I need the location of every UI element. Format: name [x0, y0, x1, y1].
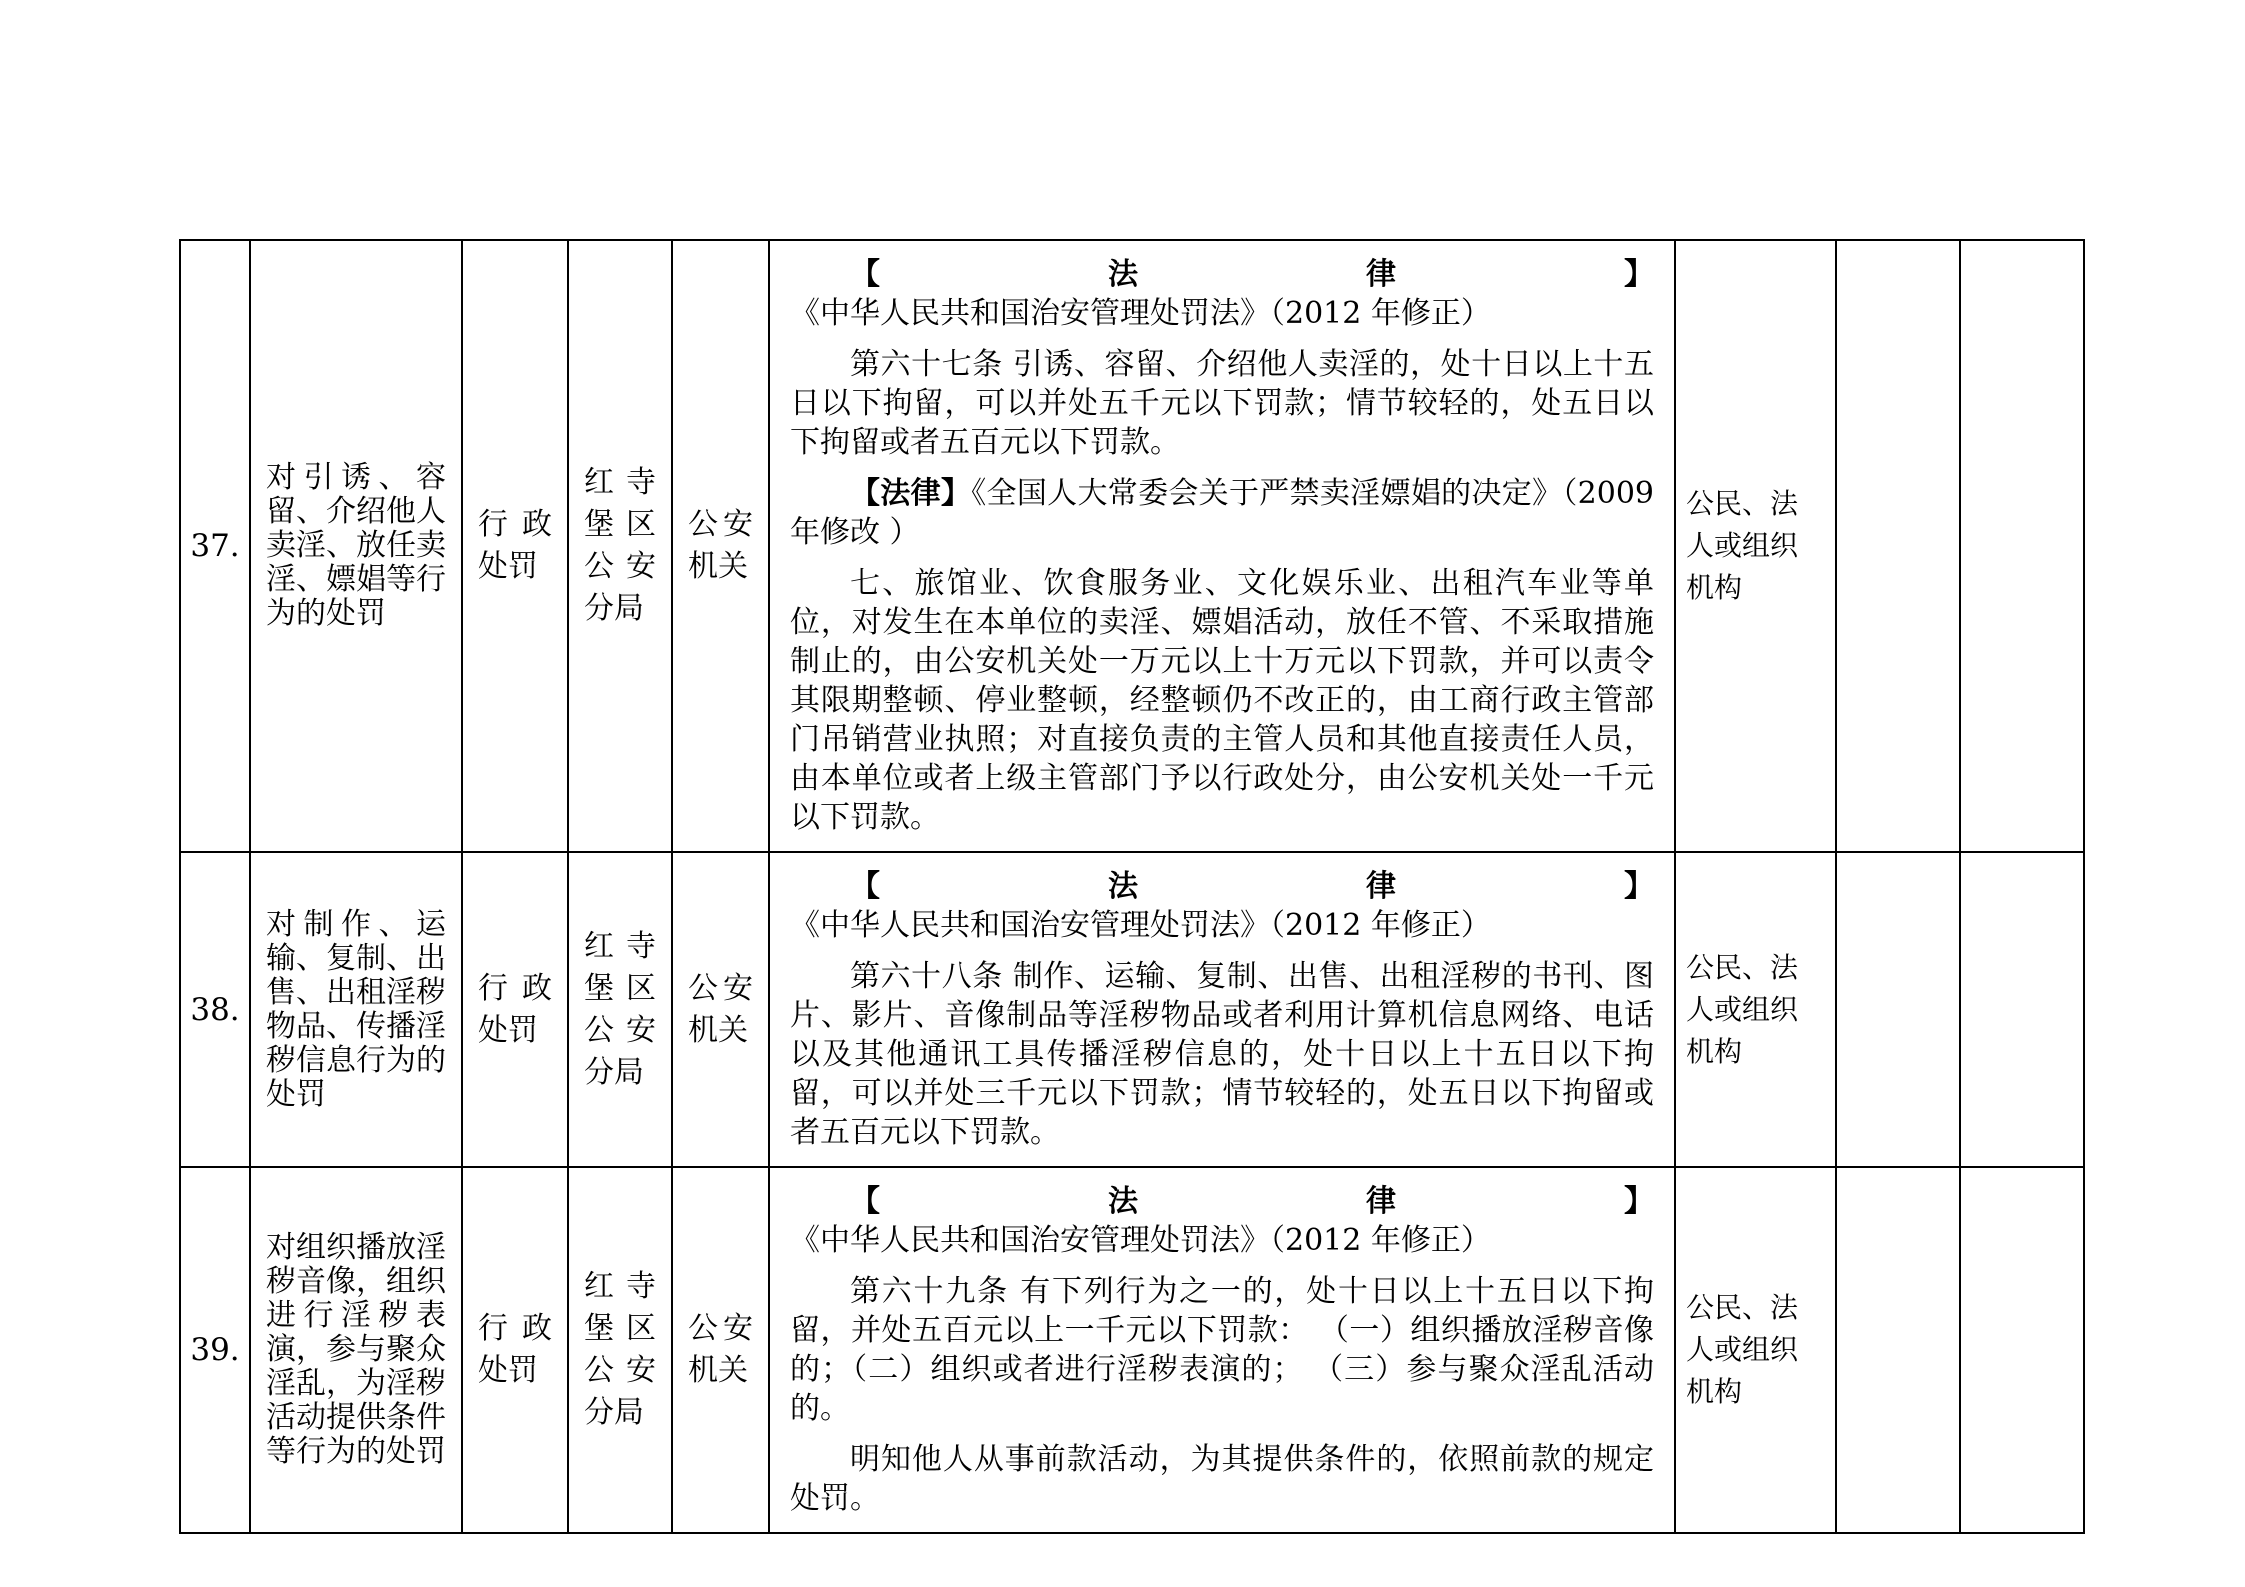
row-number-cell: 37. [180, 240, 250, 852]
row-number-cell: 39. [180, 1167, 250, 1533]
empty-cell [1836, 240, 1960, 852]
empty-cell [1960, 852, 2084, 1167]
penalty-type-cell: 行政处罚 [462, 240, 568, 852]
law-label: 【法律】 [850, 1184, 1654, 1219]
description-cell: 对组织播放淫秽音像，组织进行淫秽表演，参与聚众淫乱，为淫秽活动提供条件等行为的处… [250, 1167, 462, 1533]
legal-paragraph: 【法律】《中华人民共和国治安管理处罚法》（2012 年修正） [790, 1182, 1654, 1260]
legal-text: 七、旅馆业、饮食服务业、文化娱乐业、出租汽车业等单位，对发生在本单位的卖淫、嫖娼… [790, 566, 1654, 835]
legal-paragraph: 明知他人从事前款活动，为其提供条件的，依照前款的规定处罚。 [790, 1440, 1654, 1518]
legal-basis-cell: 【法律】《中华人民共和国治安管理处罚法》（2012 年修正） 第六十九条 有下列… [769, 1167, 1675, 1533]
agency-cell: 红寺堡区公安分局 [568, 240, 672, 852]
legal-text: 《中华人民共和国治安管理处罚法》（2012 年修正） [790, 1223, 1491, 1258]
agency-cell: 红寺堡区公安分局 [568, 852, 672, 1167]
target-cell: 公民、法人或组织机构 [1675, 852, 1836, 1167]
table-row: 39. 对组织播放淫秽音像，组织进行淫秽表演，参与聚众淫乱，为淫秽活动提供条件等… [180, 1167, 2084, 1533]
description-cell: 对制作、运输、复制、出售、出租淫秽物品、传播淫秽信息行为的处罚 [250, 852, 462, 1167]
subject-cell: 公安机关 [672, 1167, 769, 1533]
table-row: 38. 对制作、运输、复制、出售、出租淫秽物品、传播淫秽信息行为的处罚 行政处罚… [180, 852, 2084, 1167]
subject-cell: 公安机关 [672, 852, 769, 1167]
target-cell: 公民、法人或组织机构 [1675, 1167, 1836, 1533]
empty-cell [1960, 1167, 2084, 1533]
law-label: 【法律】 [850, 869, 1654, 904]
legal-paragraph: 第六十七条 引诱、容留、介绍他人卖淫的，处十日以上十五日以下拘留，可以并处五千元… [790, 345, 1654, 462]
legal-paragraph: 第六十九条 有下列行为之一的，处十日以上十五日以下拘留，并处五百元以上一千元以下… [790, 1272, 1654, 1428]
target-cell: 公民、法人或组织机构 [1675, 240, 1836, 852]
penalty-type-cell: 行政处罚 [462, 852, 568, 1167]
penalty-type-cell: 行政处罚 [462, 1167, 568, 1533]
legal-paragraph: 第六十八条 制作、运输、复制、出售、出租淫秽的书刊、图片、影片、音像制品等淫秽物… [790, 957, 1654, 1152]
legal-basis-cell: 【法律】《中华人民共和国治安管理处罚法》（2012 年修正） 第六十八条 制作、… [769, 852, 1675, 1167]
legal-text: 第六十八条 制作、运输、复制、出售、出租淫秽的书刊、图片、影片、音像制品等淫秽物… [790, 959, 1654, 1150]
law-label: 【法律】 [850, 476, 971, 511]
legal-text: 第六十九条 有下列行为之一的，处十日以上十五日以下拘留，并处五百元以上一千元以下… [790, 1274, 1654, 1426]
legal-text: 第六十七条 引诱、容留、介绍他人卖淫的，处十日以上十五日以下拘留，可以并处五千元… [790, 347, 1654, 460]
table-row: 37. 对引诱、容留、介绍他人卖淫、放任卖淫、嫖娼等行为的处罚 行政处罚 红寺堡… [180, 240, 2084, 852]
penalty-items-table: 37. 对引诱、容留、介绍他人卖淫、放任卖淫、嫖娼等行为的处罚 行政处罚 红寺堡… [179, 239, 2085, 1534]
empty-cell [1836, 852, 1960, 1167]
document-page: 37. 对引诱、容留、介绍他人卖淫、放任卖淫、嫖娼等行为的处罚 行政处罚 红寺堡… [0, 0, 2245, 1587]
agency-cell: 红寺堡区公安分局 [568, 1167, 672, 1533]
legal-paragraph: 七、旅馆业、饮食服务业、文化娱乐业、出租汽车业等单位，对发生在本单位的卖淫、嫖娼… [790, 564, 1654, 837]
empty-cell [1960, 240, 2084, 852]
legal-paragraph: 【法律】《中华人民共和国治安管理处罚法》（2012 年修正） [790, 255, 1654, 333]
law-label: 【法律】 [850, 257, 1654, 292]
legal-paragraph: 【法律】《全国人大常委会关于严禁卖淫嫖娼的决定》（2009 年修改 ） [790, 474, 1654, 552]
empty-cell [1836, 1167, 1960, 1533]
legal-text: 《中华人民共和国治安管理处罚法》（2012 年修正） [790, 296, 1491, 331]
description-cell: 对引诱、容留、介绍他人卖淫、放任卖淫、嫖娼等行为的处罚 [250, 240, 462, 852]
legal-text: 《中华人民共和国治安管理处罚法》（2012 年修正） [790, 908, 1491, 943]
legal-text: 明知他人从事前款活动，为其提供条件的，依照前款的规定处罚。 [790, 1442, 1654, 1516]
legal-basis-cell: 【法律】《中华人民共和国治安管理处罚法》（2012 年修正） 第六十七条 引诱、… [769, 240, 1675, 852]
legal-paragraph: 【法律】《中华人民共和国治安管理处罚法》（2012 年修正） [790, 867, 1654, 945]
row-number-cell: 38. [180, 852, 250, 1167]
subject-cell: 公安机关 [672, 240, 769, 852]
